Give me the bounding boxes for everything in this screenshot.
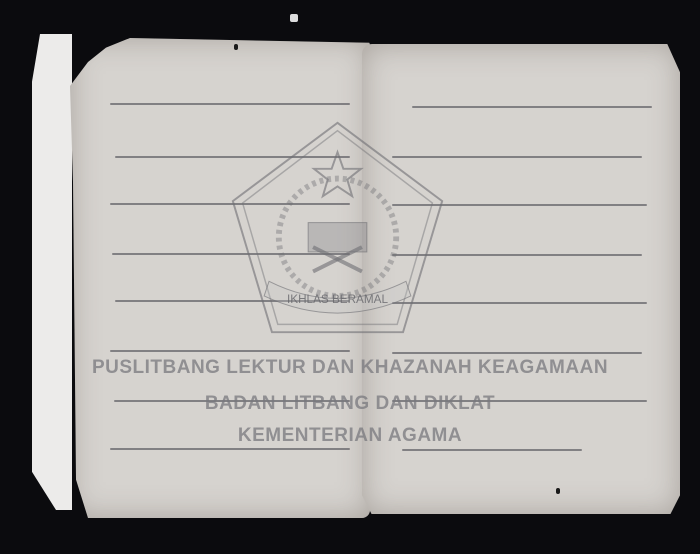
watermark-logo-icon: IKHLAS BERAMAL [225,115,450,340]
watermark-line-3: KEMENTERIAN AGAMA [0,425,700,447]
lint-speck [290,14,298,22]
ink-spot [556,488,560,494]
ink-spot [234,44,238,50]
photo-scene: IKHLAS BERAMAL PUSLITBANG LEKTUR DAN KHA… [0,0,700,554]
svg-text:IKHLAS BERAMAL: IKHLAS BERAMAL [287,293,388,306]
watermark-line-1: PUSLITBANG LEKTUR DAN KHAZANAH KEAGAMAAN [0,357,700,379]
watermark-line-2: BADAN LITBANG DAN DIKLAT [0,393,700,415]
